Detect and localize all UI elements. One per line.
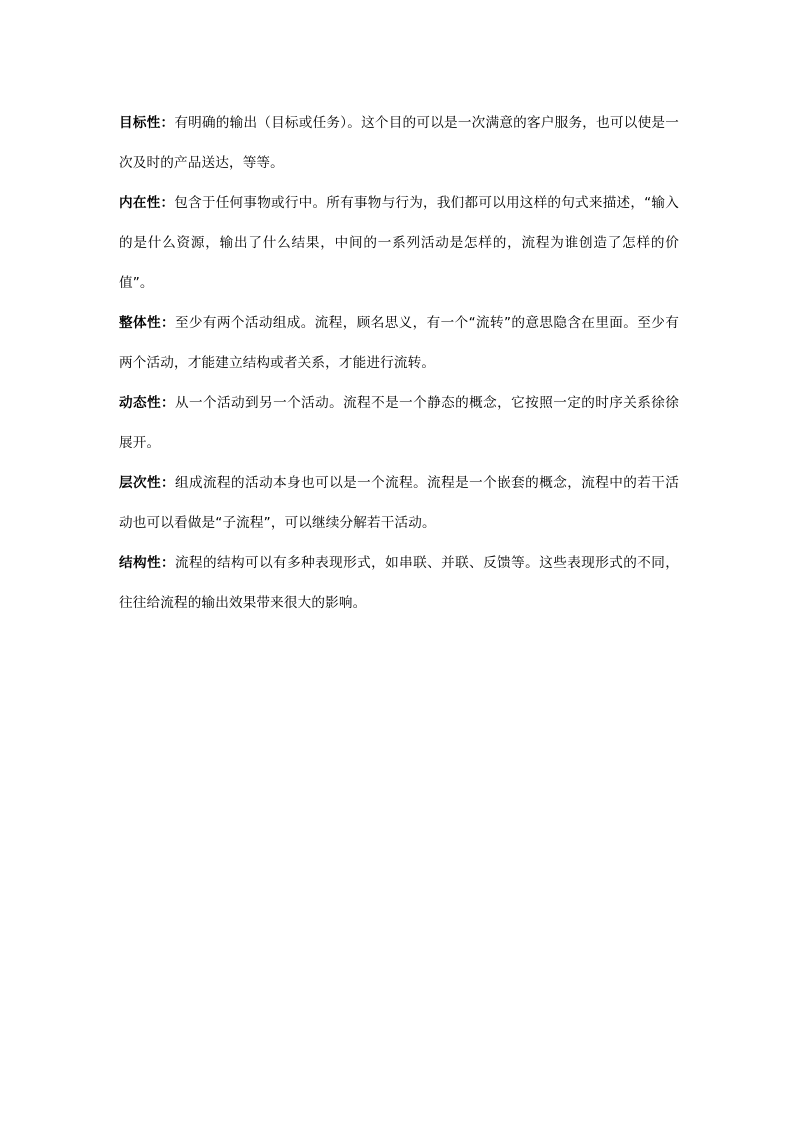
paragraph-hierarchy: 层次性：组成流程的活动本身也可以是一个流程。流程是一个嵌套的概念，流程中的若干活… — [119, 463, 679, 543]
paragraph-text: 从一个活动到另一个活动。流程不是一个静态的概念，它按照一定的时序关系徐徐展开。 — [119, 395, 679, 451]
term-label: 内在性： — [119, 195, 174, 211]
paragraph-text: 流程的结构可以有多种表现形式，如串联、并联、反馈等。这些表现形式的不同，往往给流… — [119, 555, 679, 611]
paragraph-goal: 目标性：有明确的输出（目标或任务）。这个目的可以是一次满意的客户服务，也可以使是… — [119, 103, 679, 183]
paragraph-dynamic: 动态性：从一个活动到另一个活动。流程不是一个静态的概念，它按照一定的时序关系徐徐… — [119, 383, 679, 463]
paragraph-text: 至少有两个活动组成。流程，顾名思义，有一个“流转”的意思隐含在里面。至少有两个活… — [119, 315, 679, 371]
document-page: 目标性：有明确的输出（目标或任务）。这个目的可以是一次满意的客户服务，也可以使是… — [119, 103, 679, 623]
term-label: 层次性： — [119, 475, 175, 491]
term-label: 结构性： — [119, 555, 175, 571]
paragraph-structure: 结构性：流程的结构可以有多种表现形式，如串联、并联、反馈等。这些表现形式的不同，… — [119, 543, 679, 623]
paragraph-text: 包含于任何事物或行中。所有事物与行为，我们都可以用这样的句式来描述，“输入的是什… — [119, 195, 679, 291]
paragraph-wholeness: 整体性：至少有两个活动组成。流程，顾名思义，有一个“流转”的意思隐含在里面。至少… — [119, 303, 679, 383]
term-label: 整体性： — [119, 315, 175, 331]
paragraph-text: 组成流程的活动本身也可以是一个流程。流程是一个嵌套的概念，流程中的若干活动也可以… — [119, 475, 679, 531]
term-label: 动态性： — [119, 395, 175, 411]
paragraph-text: 有明确的输出（目标或任务）。这个目的可以是一次满意的客户服务，也可以使是一次及时… — [119, 115, 679, 171]
term-label: 目标性： — [119, 115, 174, 131]
paragraph-intrinsic: 内在性：包含于任何事物或行中。所有事物与行为，我们都可以用这样的句式来描述，“输… — [119, 183, 679, 303]
